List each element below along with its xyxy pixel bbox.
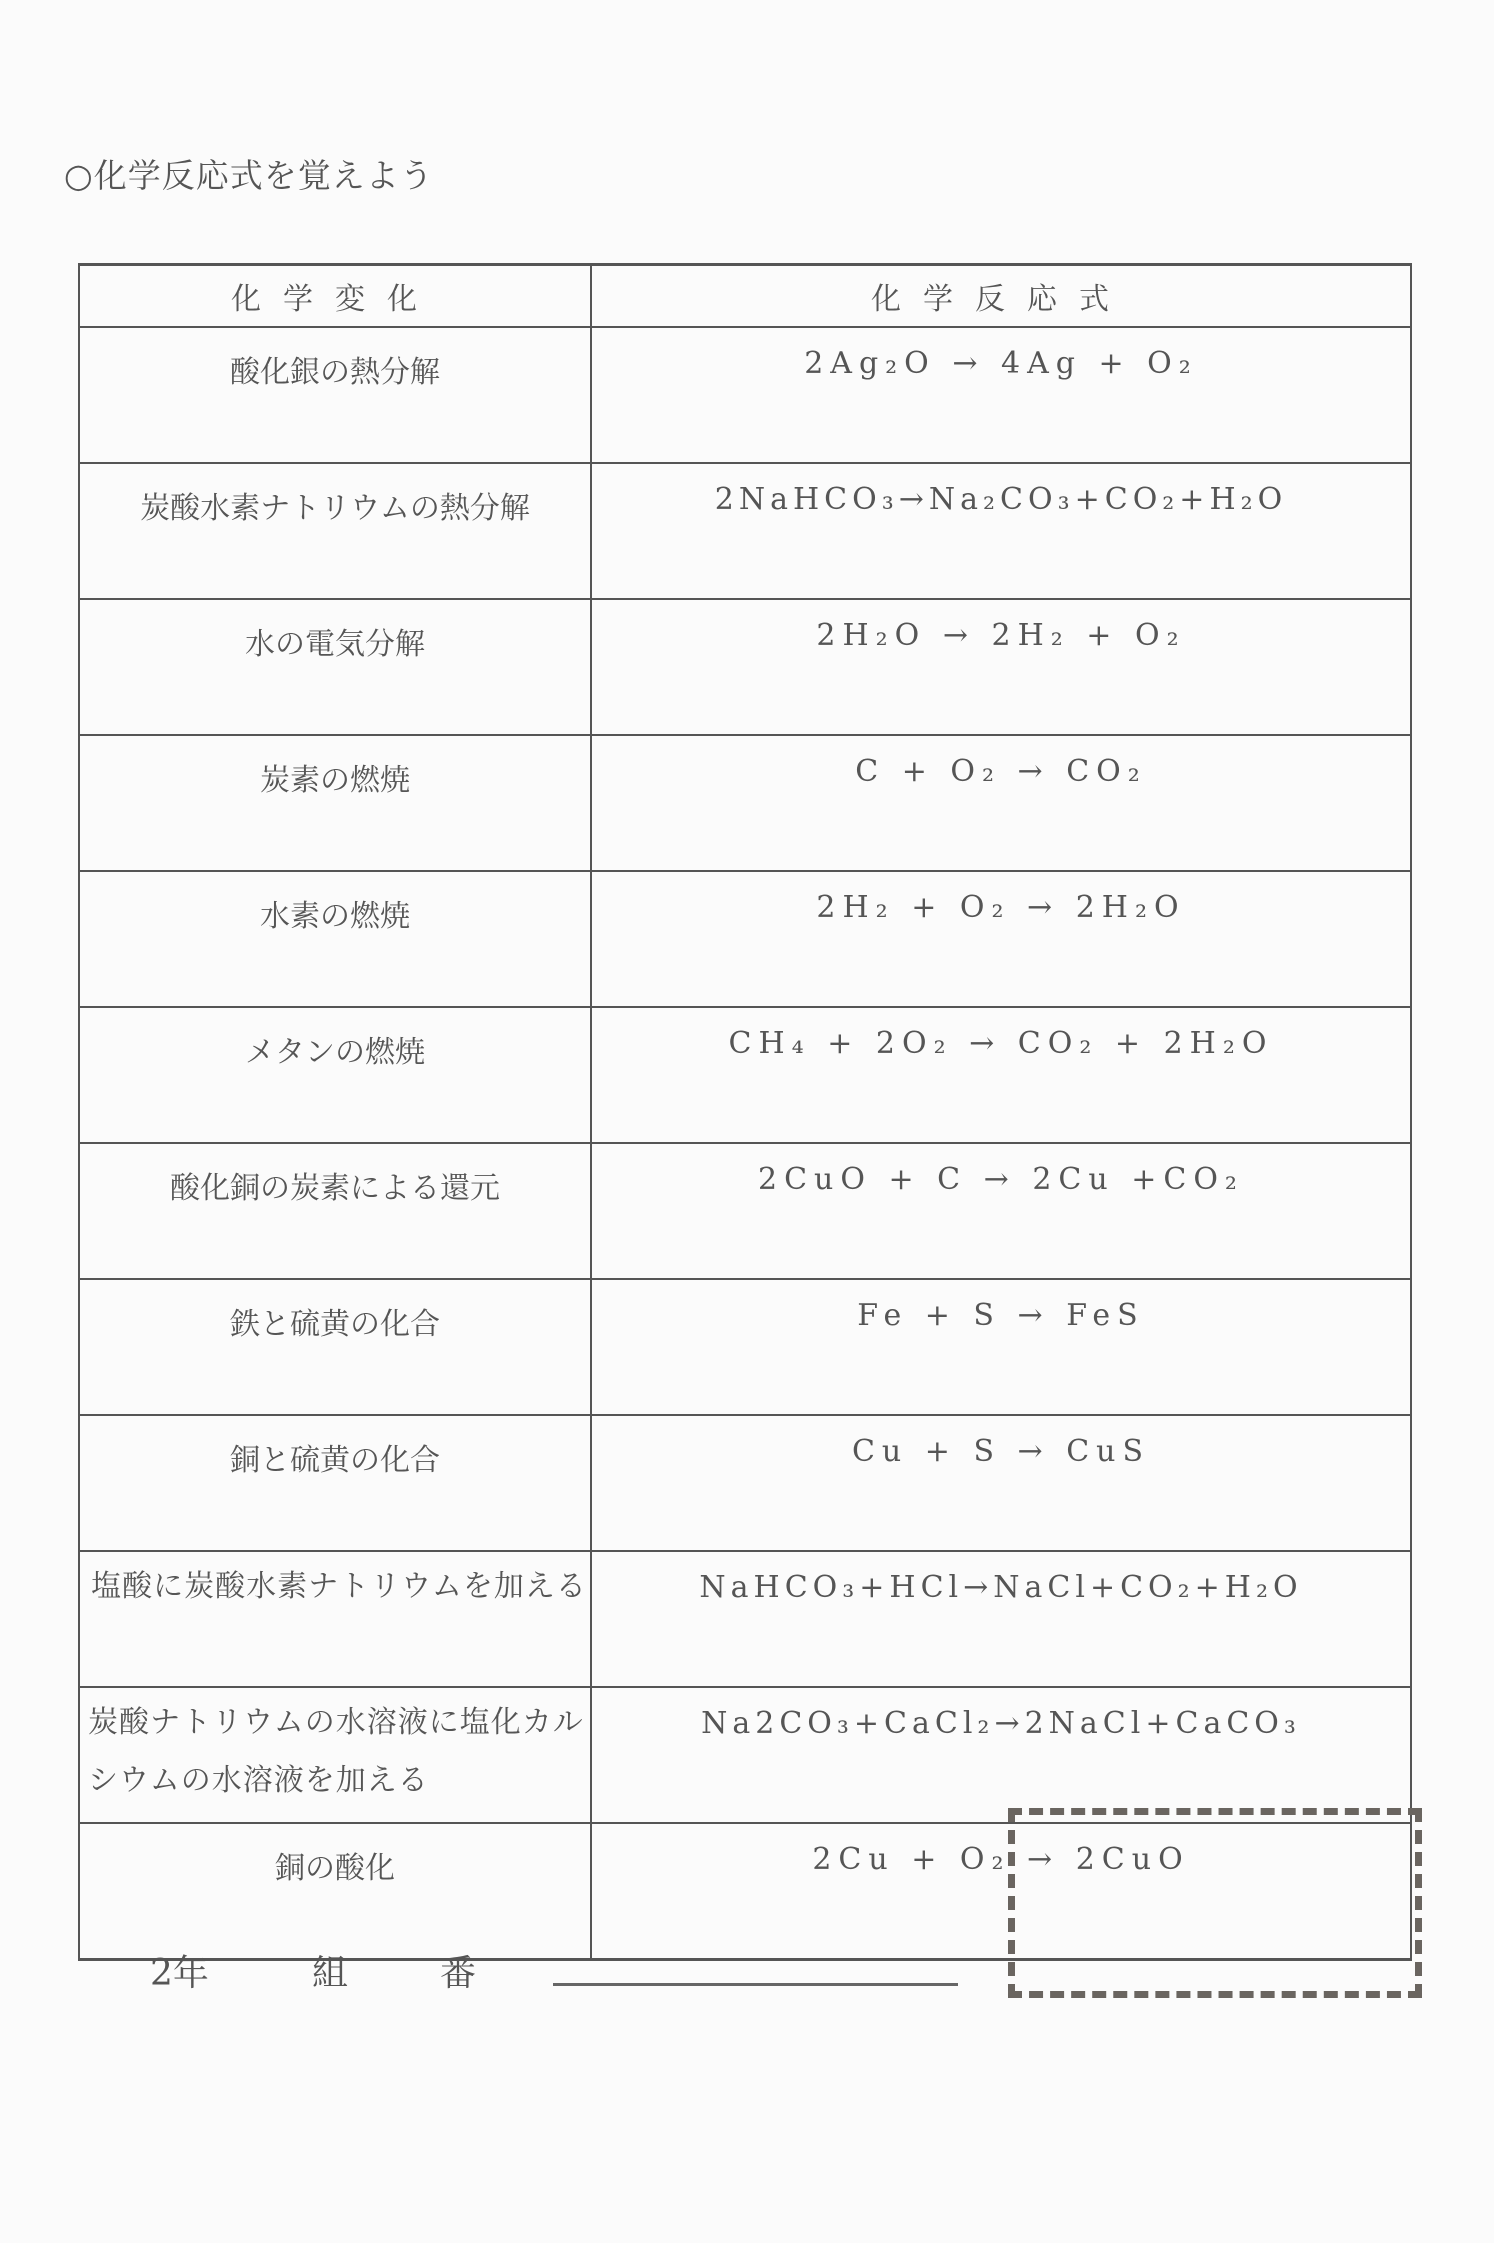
name-field-line[interactable] — [553, 1983, 958, 1986]
equation-cell: Fe + S → FeS — [591, 1279, 1411, 1415]
change-cell: 酸化銅の炭素による還元 — [79, 1143, 591, 1279]
header-chemical-equation: 化学反応式 — [591, 265, 1411, 328]
stamp-box[interactable] — [1008, 1808, 1422, 1998]
table-row: 水の電気分解 2H₂O → 2H₂ + O₂ — [79, 599, 1411, 735]
equation-cell: 2NaHCO₃→Na₂CO₃+CO₂+H₂O — [591, 463, 1411, 599]
equation-cell: CH₄ + 2O₂ → CO₂ + 2H₂O — [591, 1007, 1411, 1143]
header-chemical-change: 化学変化 — [79, 265, 591, 328]
equation-cell: 2H₂ + O₂ → 2H₂O — [591, 871, 1411, 1007]
equation-cell: Cu + S → CuS — [591, 1415, 1411, 1551]
change-cell: 水素の燃焼 — [79, 871, 591, 1007]
table-row: 炭素の燃焼 C + O₂ → CO₂ — [79, 735, 1411, 871]
change-cell: 炭酸水素ナトリウムの熱分解 — [79, 463, 591, 599]
equation-cell: 2H₂O → 2H₂ + O₂ — [591, 599, 1411, 735]
equation-cell: 2CuO + C → 2Cu +CO₂ — [591, 1143, 1411, 1279]
number-label: 番 — [440, 1945, 476, 1996]
grade-label: 2年 — [150, 1945, 209, 1996]
change-cell: 銅と硫黄の化合 — [79, 1415, 591, 1551]
table-row: 炭酸水素ナトリウムの熱分解 2NaHCO₃→Na₂CO₃+CO₂+H₂O — [79, 463, 1411, 599]
table-row: 銅と硫黄の化合 Cu + S → CuS — [79, 1415, 1411, 1551]
equation-cell: C + O₂ → CO₂ — [591, 735, 1411, 871]
table-row: 酸化銀の熱分解 2Ag₂O → 4Ag + O₂ — [79, 327, 1411, 463]
table-row: 塩酸に炭酸水素ナトリウムを加える NaHCO₃+HCl→NaCl+CO₂+H₂O — [79, 1551, 1411, 1687]
change-cell: 炭素の燃焼 — [79, 735, 591, 871]
reaction-table: 化学変化 化学反応式 酸化銀の熱分解 2Ag₂O → 4Ag + O₂ 炭酸水素… — [78, 263, 1412, 1961]
class-label: 組 — [312, 1945, 348, 1996]
change-cell: 水の電気分解 — [79, 599, 591, 735]
change-cell: 塩酸に炭酸水素ナトリウムを加える — [79, 1551, 591, 1687]
change-cell: 鉄と硫黄の化合 — [79, 1279, 591, 1415]
table-row: メタンの燃焼 CH₄ + 2O₂ → CO₂ + 2H₂O — [79, 1007, 1411, 1143]
change-cell: 酸化銀の熱分解 — [79, 327, 591, 463]
worksheet-title: ○化学反応式を覚えよう — [64, 150, 434, 197]
equation-cell: Na2CO₃+CaCl₂→2NaCl+CaCO₃ — [591, 1687, 1411, 1823]
table-row: 水素の燃焼 2H₂ + O₂ → 2H₂O — [79, 871, 1411, 1007]
change-cell: 炭酸ナトリウムの水溶液に塩化カルシウムの水溶液を加える — [79, 1687, 591, 1823]
table-row: 炭酸ナトリウムの水溶液に塩化カルシウムの水溶液を加える Na2CO₃+CaCl₂… — [79, 1687, 1411, 1823]
equation-cell: 2Ag₂O → 4Ag + O₂ — [591, 327, 1411, 463]
table-row: 酸化銅の炭素による還元 2CuO + C → 2Cu +CO₂ — [79, 1143, 1411, 1279]
change-cell: 銅の酸化 — [79, 1823, 591, 1960]
change-cell: メタンの燃焼 — [79, 1007, 591, 1143]
table-header-row: 化学変化 化学反応式 — [79, 265, 1411, 328]
equation-cell: NaHCO₃+HCl→NaCl+CO₂+H₂O — [591, 1551, 1411, 1687]
table-row: 鉄と硫黄の化合 Fe + S → FeS — [79, 1279, 1411, 1415]
